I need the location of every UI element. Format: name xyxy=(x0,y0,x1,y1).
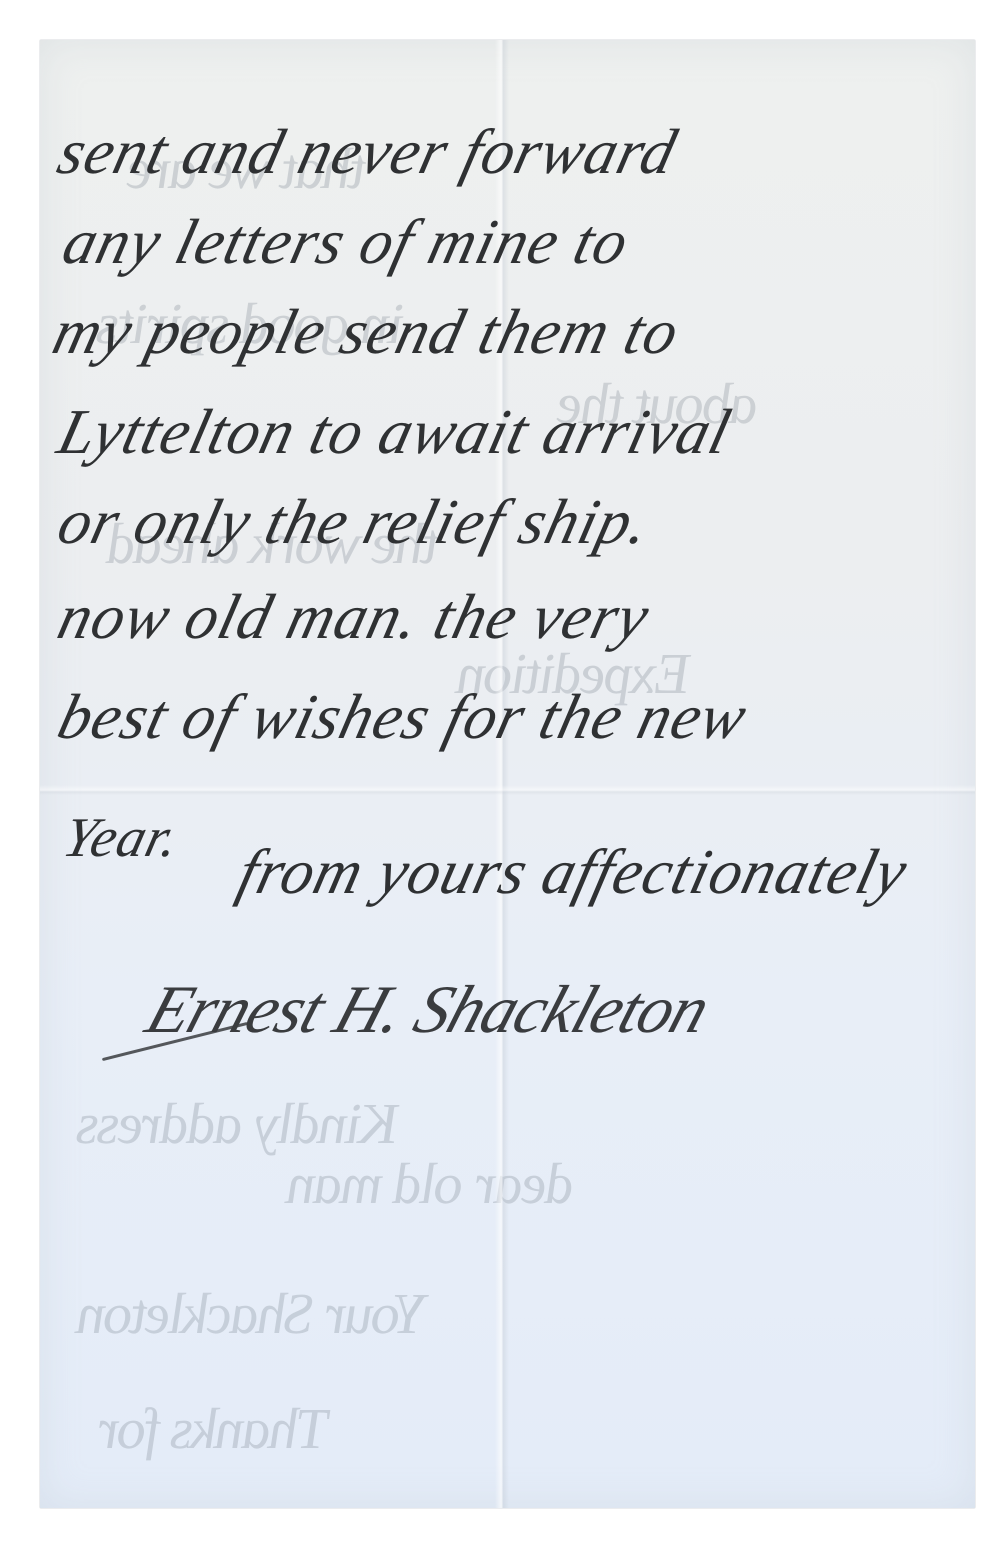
letter-line: now old man. the very xyxy=(52,585,656,649)
signature: Ernest H. Shackleton xyxy=(137,970,719,1049)
bleed-line: Kindly address xyxy=(69,1090,410,1157)
bleed-line: Thanks for xyxy=(89,1395,341,1462)
letter-line: my people send them to xyxy=(47,300,686,364)
horizontal-fold xyxy=(40,785,975,795)
letter-line: Year. xyxy=(58,810,185,866)
letter-page: that we are in good spirits about the th… xyxy=(40,40,975,1508)
letter-line: best of wishes for the new xyxy=(52,685,753,749)
letter-line: or only the relief ship. xyxy=(52,490,657,554)
closing-line: from yours affectionately xyxy=(232,840,914,904)
letter-line: sent and never forward xyxy=(52,120,683,184)
bleed-line: dear old man xyxy=(279,1150,586,1217)
bleed-line: Your Shackleton xyxy=(69,1280,437,1347)
letter-line: any letters of mine to xyxy=(57,210,635,274)
letter-line: Lyttelton to await arrival xyxy=(52,400,737,464)
